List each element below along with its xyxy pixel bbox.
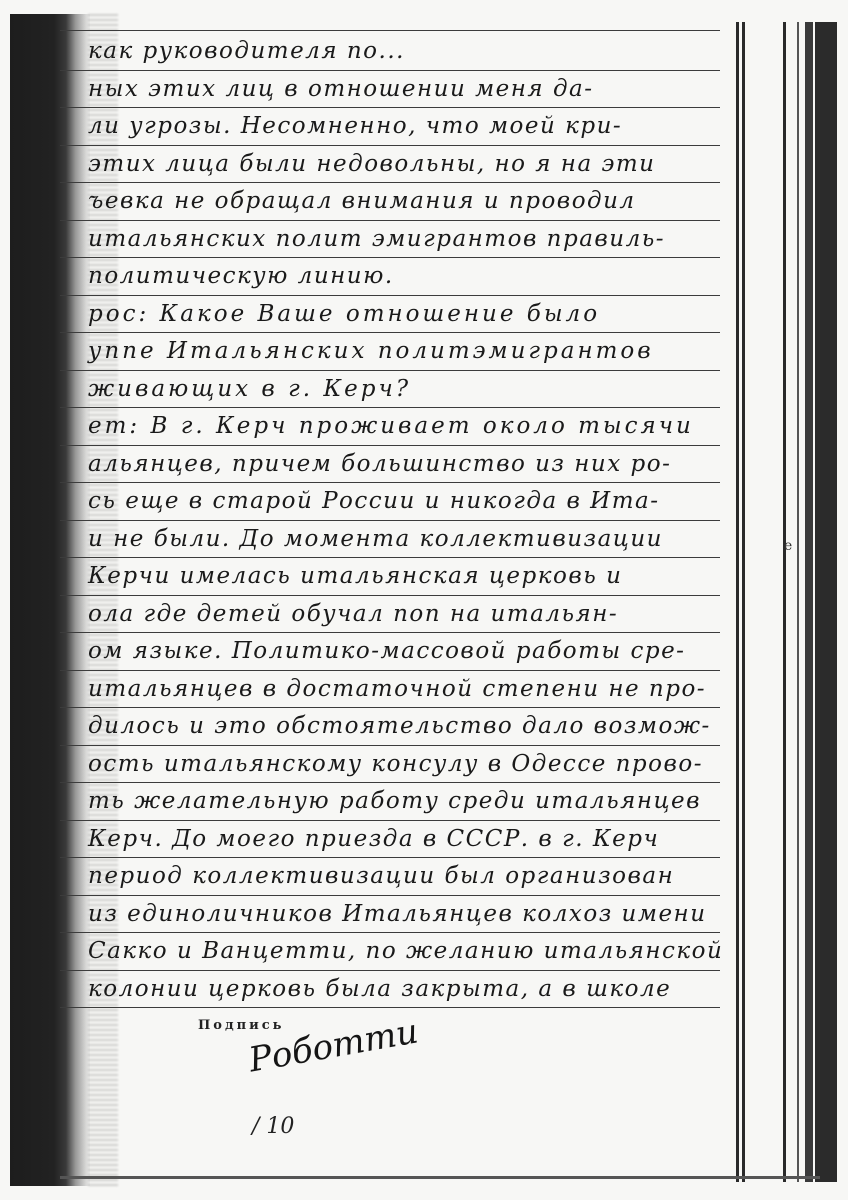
rule-line	[60, 445, 720, 446]
rule-line	[60, 295, 720, 296]
handwritten-line: живающих в г. Керч?	[88, 376, 411, 402]
handwritten-line: сь еще в старой России и никогда в Ита-	[88, 488, 660, 514]
binding-edge	[815, 22, 837, 1182]
handwritten-line: Керч. До моего приезда в СССР. в г. Керч	[88, 826, 659, 852]
handwritten-line: итальянцев в достаточной степени не про-	[88, 676, 706, 702]
rule-line	[60, 632, 720, 633]
handwritten-line: из единоличников Итальянцев колхоз имени	[88, 901, 707, 927]
handwritten-line: итальянских полит эмигрантов правиль-	[88, 226, 665, 252]
rule-line	[60, 595, 720, 596]
handwritten-line: ола где детей обучал поп на итальян-	[88, 601, 618, 627]
rule-line	[60, 220, 720, 221]
handwritten-line: политическую линию.	[88, 263, 394, 289]
rule-line	[60, 70, 720, 71]
handwritten-line: ет: В г. Керч проживает около тысячи	[88, 413, 694, 439]
handwritten-line: уппе Итальянских политэмигрантов	[88, 338, 654, 364]
rule-line	[60, 895, 720, 896]
handwritten-line: ом языке. Политико-массовой работы сре-	[88, 638, 685, 664]
document-page: как руководителя по...ных этих лиц в отн…	[0, 0, 848, 1200]
handwritten-line: ть желательную работу среди итальянцев	[88, 788, 701, 814]
handwritten-line: ли угрозы. Несомненно, что моей кри-	[88, 113, 622, 139]
page-bottom-edge	[60, 1176, 820, 1179]
rule-line	[60, 107, 720, 108]
page-number-mark: / 10	[252, 1114, 294, 1139]
handwritten-line: ъевка не обращал внимания и проводил	[88, 188, 636, 214]
rule-line	[60, 257, 720, 258]
handwritten-line: период коллективизации был организован	[88, 863, 674, 889]
rule-line	[60, 520, 720, 521]
binding-line	[742, 22, 745, 1182]
binding-line	[783, 22, 786, 1182]
rule-line	[60, 182, 720, 183]
rule-line	[60, 370, 720, 371]
handwritten-line: и не были. До момента коллективизации	[88, 526, 663, 552]
binding-line	[736, 22, 739, 1182]
handwritten-line: этих лица были недовольны, но я на эти	[88, 151, 655, 177]
handwritten-line: ных этих лиц в отношении меня да-	[88, 76, 594, 102]
binding-line	[805, 22, 813, 1182]
handwritten-line: ость итальянскому консулу в Одессе прово…	[88, 751, 703, 777]
handwritten-line: Сакко и Ванцетти, по желанию итальянской	[88, 938, 723, 964]
handwritten-line: Керчи имелась итальянская церковь и	[88, 563, 622, 589]
handwritten-line: колонии церковь была закрыта, а в школе	[88, 976, 671, 1002]
signature-block: Подпись Роботти	[198, 1018, 285, 1033]
rule-line	[60, 707, 720, 708]
handwritten-line: дилось и это обстоятельство дало возмож-	[88, 713, 711, 739]
rule-line	[60, 970, 720, 971]
handwritten-line: как руководителя по...	[88, 38, 405, 64]
rule-line	[60, 1007, 720, 1008]
scan-shadow-left	[10, 14, 90, 1186]
rule-line	[60, 932, 720, 933]
rule-line	[60, 482, 720, 483]
handwritten-line: рос: Какое Ваше отношение было	[88, 301, 600, 327]
rule-line	[60, 30, 720, 31]
rule-line	[60, 820, 720, 821]
rule-line	[60, 857, 720, 858]
margin-mark: e	[784, 538, 792, 554]
rule-line	[60, 332, 720, 333]
rule-line	[60, 670, 720, 671]
binding-line	[797, 22, 799, 1182]
signature-label: Подпись	[198, 1018, 285, 1033]
rule-line	[60, 782, 720, 783]
rule-line	[60, 557, 720, 558]
rule-line	[60, 145, 720, 146]
rule-line	[60, 407, 720, 408]
rule-line	[60, 745, 720, 746]
handwritten-line: альянцев, причем большинство из них ро-	[88, 451, 671, 477]
